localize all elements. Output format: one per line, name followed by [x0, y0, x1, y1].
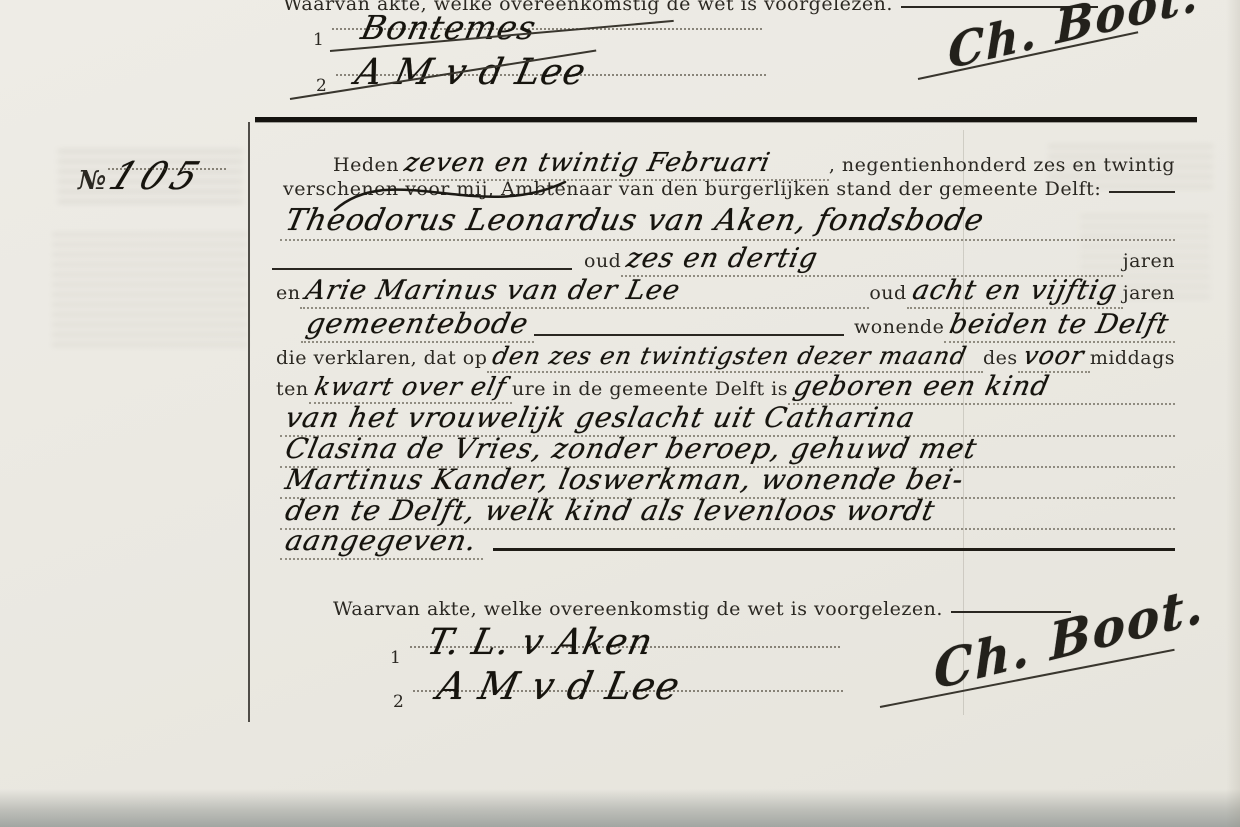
body-line-13: aangegeven. [280, 524, 1175, 560]
printed-text: wonende [854, 316, 944, 338]
signature-number: 2 [393, 692, 404, 712]
signature-2-name: A M v d Lee [438, 664, 680, 708]
printed-text: jaren [1123, 282, 1175, 304]
ruled-line [1109, 191, 1175, 193]
printed-text: jaren [1123, 250, 1175, 272]
handwritten-residence: beiden te Delft [944, 309, 1175, 343]
registrar-signature: Ch. Boot. [927, 575, 1211, 700]
handwritten-age-1: zes en dertig [621, 243, 1122, 277]
handwritten-born-text: geboren een kind [788, 371, 1175, 405]
act-number-value: 105 [112, 154, 203, 198]
margin-rule [248, 122, 250, 722]
handwritten-time: kwart over elf [309, 372, 512, 404]
handwritten-declarant-2: Arie Marinus van der Lee [300, 275, 869, 309]
act-number-label: № [78, 166, 106, 196]
ruled-line [272, 268, 572, 270]
body-line-3: Theodorus Leonardus van Aken, fondsbode [280, 203, 1175, 241]
bleed-through-smudge [52, 228, 247, 353]
handwritten-occupation: gemeentebode [301, 307, 534, 343]
body-line-8: ten kwart over elf ure in de gemeente De… [276, 371, 1175, 405]
printed-text: , negentienhonderd zes en twintig [829, 154, 1175, 176]
signature-number: 1 [313, 30, 324, 50]
signature-1-name: T. L. v Aken [428, 622, 652, 663]
signature-number: 1 [390, 648, 401, 668]
printed-text: ten [276, 378, 309, 400]
register-page-scan: Waarvan akte, welke overeenkomstig de we… [0, 0, 1240, 827]
signature-1: 1 [390, 648, 401, 668]
previous-signature-1: 1 [313, 30, 324, 50]
handwritten-daypart: voor [1018, 341, 1090, 373]
closing-text: Waarvan akte, welke overeenkomstig de we… [333, 598, 943, 620]
handwritten-date-of-birth: den zes en twintigsten dezer maand [487, 342, 983, 373]
body-line-4: oud zes en dertig jaren [272, 243, 1175, 277]
handwritten-declarant-1: Theodorus Leonardus van Aken, fondsbode [280, 203, 1175, 241]
printed-text: oud [584, 250, 621, 272]
printed-text: die verklaren, dat op [276, 347, 487, 369]
scan-right-edge [1226, 0, 1240, 827]
body-line-6: gemeentebode wonende beiden te Delft [283, 307, 1175, 343]
printed-text: ure in de gemeente Delft is [512, 378, 788, 400]
handwritten-age-2: acht en vijftig [907, 275, 1123, 309]
closing-line: Waarvan akte, welke overeenkomstig de we… [283, 598, 1073, 620]
closing-heavy-rule [493, 548, 1175, 551]
act-number-dotted-line [108, 168, 226, 170]
printed-text: des [983, 347, 1018, 369]
handwritten-text: aangegeven. [280, 524, 483, 560]
signature-2: 2 [393, 692, 404, 712]
printed-text: en [276, 282, 300, 304]
scan-bottom-edge [0, 789, 1240, 827]
printed-text: oud [869, 282, 906, 304]
ruled-line [534, 334, 844, 336]
printed-text: middags [1090, 347, 1175, 369]
body-line-7: die verklaren, dat op den zes en twintig… [276, 341, 1175, 373]
body-line-5: en Arie Marinus van der Lee oud acht en … [276, 275, 1175, 309]
act-divider [255, 117, 1197, 122]
